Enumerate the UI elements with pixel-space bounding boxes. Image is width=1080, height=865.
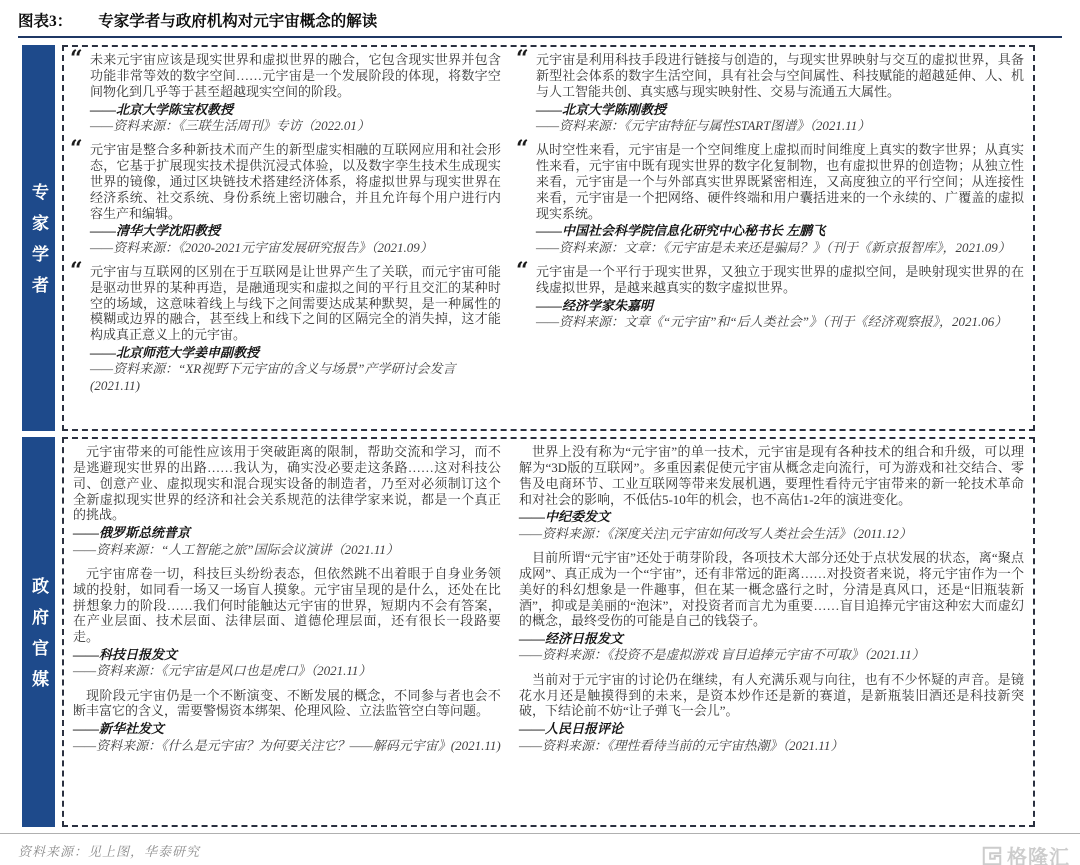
section-government-label: 政府官媒	[22, 437, 55, 827]
figure-header: 图表3：专家学者与政府机构对元宇宙概念的解读	[0, 0, 1080, 38]
quote-block: “ 元宇宙与互联网的区别在于互联网是让世界产生了关联，而元宇宙可能是驱动世界的某…	[73, 264, 501, 394]
experts-right-column: “ 元宇宙是利用科技手段进行链接与创造的，与现实世界映射与交互的虚拟世界，具备新…	[519, 52, 1024, 427]
quote-text: 未来元宇宙应该是现实世界和虚拟世界的融合，它包含现实世界并包含功能非常等效的数字…	[90, 52, 501, 100]
quote-author: ——北京大学陈刚教授	[536, 102, 1024, 118]
government-right-column: 世界上没有称为“元宇宙”的单一技术，元宇宙是现有各种技术的组合和升级，可以理解为…	[519, 444, 1024, 823]
government-left-column: 元宇宙带来的可能性应该用于突破距离的限制，帮助交流和学习，而不是逃避现实世界的出…	[73, 444, 501, 823]
quote-block: “ 元宇宙是利用科技手段进行链接与创造的，与现实世界映射与交互的虚拟世界，具备新…	[519, 52, 1024, 134]
sections-container: 专家学者 “ 未来元宇宙应该是现实世界和虚拟世界的融合，它包含现实世界并包含功能…	[0, 38, 1080, 827]
figure-title-row: 图表3：专家学者与政府机构对元宇宙概念的解读	[18, 9, 1062, 31]
quote-text: 元宇宙是利用科技手段进行链接与创造的，与现实世界映射与交互的虚拟世界，具备新型社…	[536, 52, 1024, 100]
gelonghui-logo-icon	[981, 845, 1003, 865]
open-quote-icon: “	[516, 48, 529, 70]
quote-text: 元宇宙是整合多种新技术而产生的新型虚实相融的互联网应用和社会形态，它基于扩展现实…	[90, 142, 501, 221]
quote-author: ——人民日报评论	[519, 721, 1024, 737]
quote-author: ——科技日报发文	[73, 647, 501, 663]
section-experts-label: 专家学者	[22, 45, 55, 431]
figure-title: 专家学者与政府机构对元宇宙概念的解读	[98, 13, 377, 30]
footer-source-note: 资料来源：见上图，华泰研究	[18, 841, 200, 860]
quote-block: 元宇宙带来的可能性应该用于突破距离的限制，帮助交流和学习，而不是逃避现实世界的出…	[73, 444, 501, 558]
quote-block: 当前对于元宇宙的讨论仍在继续，有人充满乐观与向往，也有不少怀疑的声音。是镜花水月…	[519, 672, 1024, 754]
quote-block: 目前所谓“元宇宙”还处于萌芽阶段，各项技术大部分还处于点状发展的状态，离“聚点成…	[519, 550, 1024, 664]
quote-block: 元宇宙席卷一切，科技巨头纷纷表态，但依然跳不出着眼于自身业务领域的投射，如同看一…	[73, 566, 501, 680]
open-quote-icon: “	[516, 138, 529, 160]
section-government-box: 元宇宙带来的可能性应该用于突破距离的限制，帮助交流和学习，而不是逃避现实世界的出…	[62, 437, 1035, 827]
quote-text: 现阶段元宇宙仍是一个不断演变、不断发展的概念，不同参与者也会不断丰富它的含义，需…	[73, 688, 501, 720]
quote-source: ——资料来源：文章：《元宇宙是未来还是骗局？》（刊于《新京报智库》，2021.0…	[536, 240, 1024, 256]
quote-block: 现阶段元宇宙仍是一个不断演变、不断发展的概念，不同参与者也会不断丰富它的含义，需…	[73, 688, 501, 754]
quote-source: ——资料来源：“XR视野下元宇宙的含义与场景”产学研讨会发言 (2021.11)	[90, 361, 501, 394]
quote-author: ——中纪委发文	[519, 509, 1024, 525]
quote-author: ——俄罗斯总统普京	[73, 525, 501, 541]
quote-block: “ 元宇宙是一个平行于现实世界，又独立于现实世界的虚拟空间，是映射现实世界的在线…	[519, 264, 1024, 330]
open-quote-icon: “	[70, 138, 83, 160]
quote-source: ——资料来源：文章《“元宇宙”和“后人类社会”》（刊于《经济观察报》，2021.…	[536, 314, 1024, 330]
quote-author: ——经济日报发文	[519, 631, 1024, 647]
open-quote-icon: “	[516, 260, 529, 282]
quote-author: ——北京师范大学姜申副教授	[90, 345, 501, 361]
gelonghui-logo: 格隆汇	[981, 841, 1070, 865]
quote-source: ——资料来源：《深度关注|元宇宙如何改写人类社会生活》（2011.12）	[519, 526, 1024, 542]
quote-text: 世界上没有称为“元宇宙”的单一技术，元宇宙是现有各种技术的组合和升级，可以理解为…	[519, 444, 1024, 507]
quote-source: ——资料来源：《三联生活周刊》专访（2022.01）	[90, 118, 501, 134]
footer: 资料来源：见上图，华泰研究 格隆汇	[0, 833, 1080, 865]
quote-block: 世界上没有称为“元宇宙”的单一技术，元宇宙是现有各种技术的组合和升级，可以理解为…	[519, 444, 1024, 542]
quote-block: “ 从时空性来看，元宇宙是一个空间维度上虚拟而时间维度上真实的数字世界；从真实性…	[519, 142, 1024, 256]
open-quote-icon: “	[70, 48, 83, 70]
section-experts: 专家学者 “ 未来元宇宙应该是现实世界和虚拟世界的融合，它包含现实世界并包含功能…	[22, 45, 1035, 431]
quote-text: 元宇宙带来的可能性应该用于突破距离的限制，帮助交流和学习，而不是逃避现实世界的出…	[73, 444, 501, 523]
quote-author: ——中国社会科学院信息化研究中心秘书长 左鹏飞	[536, 223, 1024, 239]
quote-source: ——资料来源：《元宇宙是风口也是虎口》（2021.11）	[73, 663, 501, 679]
quote-source: ——资料来源：“人工智能之旅”国际会议演讲（2021.11）	[73, 542, 501, 558]
quote-block: “ 元宇宙是整合多种新技术而产生的新型虚实相融的互联网应用和社会形态，它基于扩展…	[73, 142, 501, 256]
quote-source: ——资料来源：《元宇宙特征与属性START图谱》（2021.11）	[536, 118, 1024, 134]
quote-author: ——新华社发文	[73, 721, 501, 737]
experts-left-column: “ 未来元宇宙应该是现实世界和虚拟世界的融合，它包含现实世界并包含功能非常等效的…	[73, 52, 501, 427]
quote-source: ——资料来源：《理性看待当前的元宇宙热潮》（2021.11）	[519, 738, 1024, 754]
quote-text: 元宇宙是一个平行于现实世界，又独立于现实世界的虚拟空间，是映射现实世界的在线虚拟…	[536, 264, 1024, 296]
quote-author: ——清华大学沈阳教授	[90, 223, 501, 239]
gelonghui-logo-text: 格隆汇	[1007, 841, 1070, 865]
quote-text: 当前对于元宇宙的讨论仍在继续，有人充满乐观与向往，也有不少怀疑的声音。是镜花水月…	[519, 672, 1024, 720]
quote-source: ——资料来源：《2020-2021元宇宙发展研究报告》（2021.09）	[90, 240, 501, 256]
quote-text: 元宇宙与互联网的区别在于互联网是让世界产生了关联，而元宇宙可能是驱动世界的某种再…	[90, 264, 501, 343]
open-quote-icon: “	[70, 260, 83, 282]
section-government-media: 政府官媒 元宇宙带来的可能性应该用于突破距离的限制，帮助交流和学习，而不是逃避现…	[22, 437, 1035, 827]
figure-label: 图表3：	[18, 13, 72, 30]
quote-text: 目前所谓“元宇宙”还处于萌芽阶段，各项技术大部分还处于点状发展的状态，离“聚点成…	[519, 550, 1024, 629]
quote-text: 元宇宙席卷一切，科技巨头纷纷表态，但依然跳不出着眼于自身业务领域的投射，如同看一…	[73, 566, 501, 645]
quote-source: ——资料来源：《什么是元宇宙？为何要关注它？——解码元宇宙》(2021.11)	[73, 738, 501, 754]
quote-source: ——资料来源：《投资不是虚拟游戏 盲目追捧元宇宙不可取》（2021.11）	[519, 647, 1024, 663]
quote-text: 从时空性来看，元宇宙是一个空间维度上虚拟而时间维度上真实的数字世界；从真实性来看…	[536, 142, 1024, 221]
quote-block: “ 未来元宇宙应该是现实世界和虚拟世界的融合，它包含现实世界并包含功能非常等效的…	[73, 52, 501, 134]
section-experts-box: “ 未来元宇宙应该是现实世界和虚拟世界的融合，它包含现实世界并包含功能非常等效的…	[62, 45, 1035, 431]
quote-author: ——北京大学陈宝权教授	[90, 102, 501, 118]
quote-author: ——经济学家朱嘉明	[536, 298, 1024, 314]
